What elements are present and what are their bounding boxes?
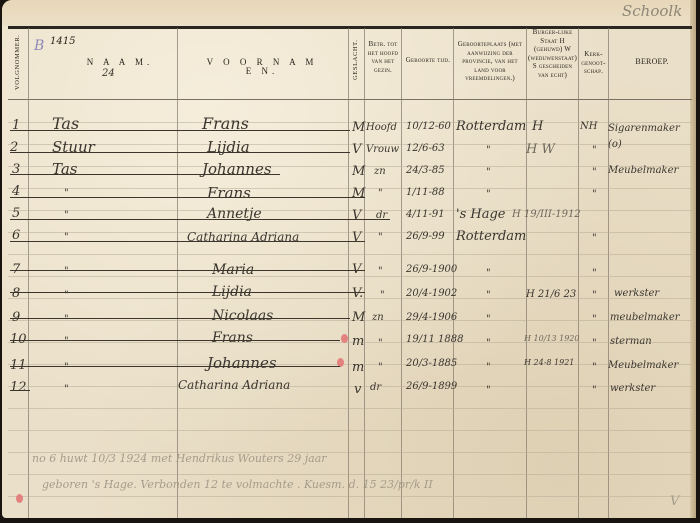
gender: V [352,230,361,245]
header-kerkgenootschap: Kerk-genoot-schap. [579,50,608,76]
col-divider [401,28,402,518]
gender: M [352,120,365,135]
col-divider [526,28,527,518]
strikethrough [10,130,350,131]
row-rule [8,276,692,277]
header-naam: N A A M. [80,58,160,67]
birth-place: " [486,362,491,373]
birth-date: 26/9-1899 [406,381,457,392]
birth-place: " [486,314,491,325]
col-divider [348,28,349,518]
birth-place: " [486,167,491,178]
relation: " [378,362,383,373]
row-rule [8,210,692,211]
relation: Vrouw [366,144,399,155]
strikethrough [10,366,340,367]
col-divider [28,28,29,518]
civil-status: H 10/13 1920 [524,334,579,343]
gender: m [352,334,364,349]
church: " [592,385,597,396]
church: " [592,338,597,349]
church: " [592,314,597,325]
sheet-sub-number-text: 24 [102,68,115,79]
occupation: Meubelmaker [608,360,678,371]
given-names: Frans [212,330,253,346]
given-names: Johannes [207,354,277,372]
church: " [592,268,597,279]
given-names: Lijdia [207,138,250,156]
birth-place: " [486,290,491,301]
birth-place: " [486,385,491,396]
header-bottom-rule [8,99,692,100]
header-top-rule [8,26,692,29]
surname: " [64,362,69,373]
birth-place: " [486,189,491,200]
relation: " [378,266,383,277]
occupation: sterman [610,336,652,347]
col-divider [608,28,609,518]
row-rule [8,430,692,431]
civil-status: H [532,119,543,134]
header-voornamen: V O O R N A M E N. [202,58,322,75]
page-top-band [2,0,696,26]
header-burgerlijke-staat: Burger-lijke Staat H (gehuwd) W (weduwen… [527,28,578,79]
gender: M [352,186,365,201]
gender: m [352,360,364,375]
surname: " [64,266,69,277]
civil-status: H 24-8 1921 [524,358,574,367]
surname: " [64,314,69,325]
row-rule [8,364,692,365]
strikethrough [10,340,340,341]
col-divider [578,28,579,518]
red-mark [16,494,23,503]
given-names: Nicolaas [212,308,273,324]
page-edge [690,0,696,518]
birth-date: 29/4-1906 [406,312,457,323]
given-names: Johannes [202,160,272,178]
row-rule [8,232,692,233]
birth-place: 's Hage [456,207,505,222]
gender: V [352,142,361,157]
header-beroep: BEROEP. [610,58,694,67]
strikethrough [10,219,390,220]
strikethrough [10,152,350,153]
col-divider [177,28,178,518]
birth-date: 26/9-99 [406,231,445,242]
birth-date: 10/12-60 [406,121,451,132]
church: " [592,233,597,244]
row-rule [8,298,692,299]
church: " [592,189,597,200]
row-rule [8,474,692,475]
relation: zn [372,312,384,323]
footer-note-line-2: geboren 's Hage. Verbonden 12 te volmach… [42,478,433,491]
strikethrough [10,174,280,175]
occupation: Sigarenmaker (o) [608,121,692,153]
civil-status: H W [526,142,555,157]
strikethrough [10,241,365,242]
occupation: werkster [610,383,655,394]
surname: Stuur [52,138,95,156]
red-mark [341,334,348,343]
birth-date: 24/3-85 [406,165,445,176]
surname: Tas [52,160,77,178]
relation: " [378,188,383,199]
church: " [592,290,597,301]
gender: V. [352,286,363,301]
birth-date: 4/11-91 [406,209,445,220]
header-geboortetijd: Geboorte tijd. [403,56,453,65]
row-number: 12 [10,380,27,395]
footer-note-line-1: no 6 huwt 10/3 1924 met Hendrikus Wouter… [32,452,327,465]
birth-date: 1/11-88 [406,187,445,198]
gender: M [352,310,365,325]
relation: dr [370,382,381,393]
row-rule [8,144,692,145]
birth-place: " [486,338,491,349]
relation: " [378,232,383,243]
gender: M [352,164,365,179]
row-rule [8,254,692,255]
church: " [592,167,597,178]
row-rule [8,408,692,409]
surname: " [64,336,69,347]
strikethrough [10,390,30,391]
strikethrough [10,292,365,293]
birth-place: " [486,268,491,279]
surname: " [64,384,69,395]
birth-date: 12/6-63 [406,143,445,154]
birth-date: 20/3-1885 [406,358,457,369]
strikethrough [10,270,365,271]
civil-status: H 21/6 23 [526,289,576,300]
birth-date: 26/9-1900 [406,264,457,275]
row-rule [8,342,692,343]
birth-date: 19/11 1888 [406,334,463,345]
relation: zn [374,166,386,177]
strikethrough [10,318,350,319]
top-annotation: Schoolk [622,2,682,20]
occupation: werkster [614,288,659,299]
given-names: Frans [207,184,251,202]
row-number: 8 [12,286,20,301]
gender: v [354,382,361,397]
occupation: meubelmaker [610,312,680,323]
church: " [592,362,597,373]
register-page: Schoolk VOLGNOMMER. B 1415 N A A M. 24 V… [2,0,696,518]
church: " [592,145,597,156]
check-mark: V [670,494,679,509]
col-divider [364,28,365,518]
civil-status: H 19/III-1912 [512,209,581,220]
relation: " [380,290,385,301]
sheet-stamp: B [34,38,44,54]
birth-place: Rotterdam [456,229,526,244]
row-rule [8,166,692,167]
birth-place: Rotterdam [456,119,526,134]
occupation: Meubelmaker [608,165,678,176]
birth-place: " [486,145,491,156]
header-betrekking: Betr. tot het hoofd van het gezin. [365,40,401,74]
header-geslacht: GESLACHT. [352,40,359,81]
header-geboorteplaats: Geboorteplaats (met aanwijzing der provi… [454,40,526,83]
relation: Hoofd [366,122,397,133]
header-volgnummer: VOLGNOMMER. [14,34,21,90]
church: NH [580,121,597,132]
sheet-number: 1415 [50,36,75,47]
given-names: Catharina Adriana [178,378,290,392]
row-rule [8,188,692,189]
row-rule [8,320,692,321]
relation: " [378,338,383,349]
row-rule [8,496,692,497]
row-rule [8,386,692,387]
gender: V [352,208,361,223]
birth-date: 20/4-1902 [406,288,457,299]
strikethrough [10,197,365,198]
